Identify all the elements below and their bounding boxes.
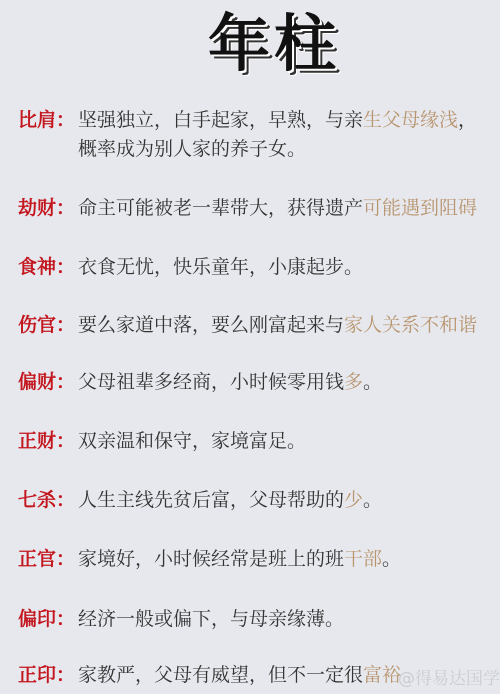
item-label: 正官： <box>18 545 78 574</box>
page-title: 年柱 <box>0 4 500 84</box>
item-label: 劫财： <box>18 194 78 223</box>
item-tail: ， <box>458 109 477 131</box>
item-highlight: 干部 <box>344 548 382 570</box>
list-item-jiecai: 劫财：命主可能被老一辈带大，获得遗产可能遇到阻碍 <box>18 194 500 223</box>
item-highlight: 多 <box>344 371 363 393</box>
item-text: 家境好，小时候经常是班上的班 <box>78 548 344 570</box>
item-label: 七杀： <box>18 486 78 515</box>
list-item-shishen: 食神：衣食无忧，快乐童年，小康起步。 <box>18 253 500 282</box>
item-highlight: 可能遇到阻碍 <box>363 197 477 219</box>
item-label: 食神： <box>18 253 78 282</box>
item-highlight: 富裕 <box>363 664 401 686</box>
item-label: 伤官： <box>18 311 78 340</box>
item-label: 偏财： <box>18 368 78 397</box>
item-text: 家教严，父母有威望，但不一定很 <box>78 664 363 686</box>
item-label: 偏印： <box>18 605 78 634</box>
item-tail: 。 <box>363 371 382 393</box>
list-item-zhengguan: 正官：家境好，小时候经常是班上的班干部。 <box>18 545 500 574</box>
item-text: 坚强独立，白手起家，早熟，与亲 <box>78 109 363 131</box>
watermark: @得易达国学 <box>398 664 500 689</box>
list-item-pianyin: 偏印：经济一般或偏下，与母亲缘薄。 <box>18 605 500 634</box>
item-label: 正财： <box>18 427 78 456</box>
list-item-shangguan: 伤官：要么家道中落，要么刚富起来与家人关系不和谐 <box>18 311 500 340</box>
list-item-bijian: 比肩：坚强独立，白手起家，早熟，与亲生父母缘浅， 概率成为别人家的养子女。 <box>18 106 500 164</box>
item-label: 正印： <box>18 661 78 690</box>
item-highlight: 生父母缘浅 <box>363 109 458 131</box>
item-text-line2: 概率成为别人家的养子女。 <box>18 135 500 164</box>
list-item-piancai: 偏财：父母祖辈多经商，小时候零用钱多。 <box>18 368 500 397</box>
item-text: 经济一般或偏下，与母亲缘薄。 <box>78 608 344 630</box>
item-text: 双亲温和保守，家境富足。 <box>78 430 306 452</box>
item-label: 比肩： <box>18 106 78 135</box>
item-text: 父母祖辈多经商，小时候零用钱 <box>78 371 344 393</box>
item-text: 衣食无忧，快乐童年，小康起步。 <box>78 256 363 278</box>
list-item-qisha: 七杀：人生主线先贫后富，父母帮助的少。 <box>18 486 500 515</box>
item-tail: 。 <box>363 489 382 511</box>
item-text: 人生主线先贫后富，父母帮助的 <box>78 489 344 511</box>
item-tail: 。 <box>382 548 401 570</box>
item-highlight: 家人关系不和谐 <box>344 314 477 336</box>
list-item-zhengcai: 正财：双亲温和保守，家境富足。 <box>18 427 500 456</box>
item-text: 要么家道中落，要么刚富起来与 <box>78 314 344 336</box>
item-text: 命主可能被老一辈带大，获得遗产 <box>78 197 363 219</box>
item-highlight: 少 <box>344 489 363 511</box>
